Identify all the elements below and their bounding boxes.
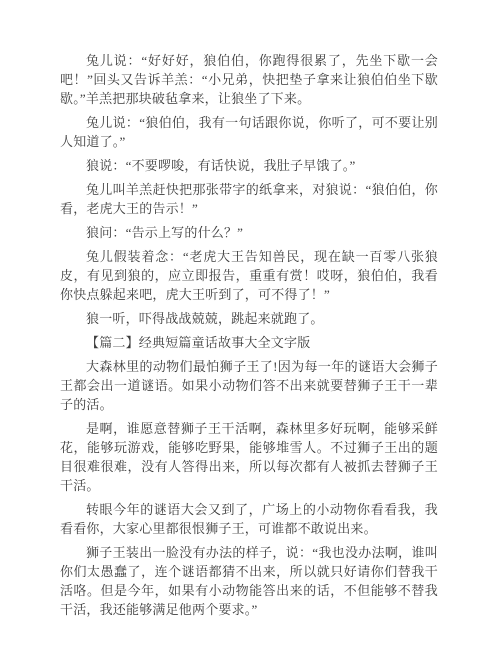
document-page: 兔儿说：“好好好，狼伯伯，你跑得很累了，先坐下歇一会吧！”回头又告诉羊羔：“小兄… [0,0,500,647]
story-paragraph: 狼一听，吓得战战兢兢，跳起来就跑了。 [60,309,438,328]
story-paragraph: 大森林里的动物们最怕狮子王了!因为每一年的谜语大会狮子王都会出一道谜语。如果小动… [60,357,438,414]
story-paragraph: 狼问：“告示上写的什么？” [60,223,438,242]
story-paragraph: 狼说：“不要啰唆，有话快说，我肚子早饿了。” [60,156,438,175]
story-paragraph: 是啊，谁愿意替狮子王干活啊，森林里多好玩啊，能够采鲜花，能够玩游戏，能够吃野果，… [60,419,438,495]
story-paragraph: 兔儿说：“好好好，狼伯伯，你跑得很累了，先坐下歇一会吧！”回头又告诉羊羔：“小兄… [60,51,438,108]
story-paragraph: 兔儿叫羊羔赶快把那张带字的纸拿来，对狼说：“狼伯伯，你看，老虎大王的告示！” [60,180,438,218]
story-paragraph: 转眼今年的谜语大会又到了，广场上的小动物你看看我，我看看你，大家心里都很恨狮子王… [60,500,438,538]
story-paragraph: 狮子王装出一脸没有办法的样子，说：“我也没办法啊，谁叫你们太愚蠢了，连个谜语都猜… [60,543,438,619]
section-heading: 【篇二】经典短篇童话故事大全文字版 [60,333,438,352]
story-paragraph: 兔儿说：“狼伯伯，我有一句话跟你说，你听了，可不要让别人知道了。” [60,113,438,151]
story-text-body: 兔儿说：“好好好，狼伯伯，你跑得很累了，先坐下歇一会吧！”回头又告诉羊羔：“小兄… [60,51,438,619]
story-paragraph: 兔儿假装着念：“老虎大王告知兽民，现在缺一百零八张狼皮，有见到狼的，应立即报告，… [60,247,438,304]
